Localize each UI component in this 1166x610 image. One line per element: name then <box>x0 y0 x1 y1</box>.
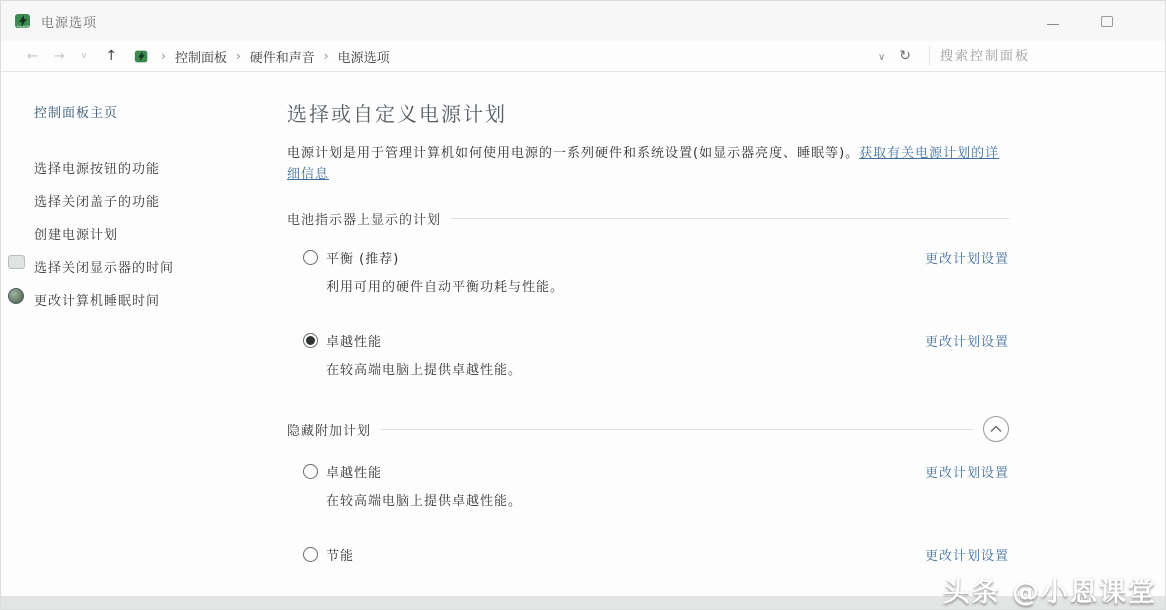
breadcrumb-power-options[interactable]: 电源选项 <box>336 45 392 68</box>
section-header-additional-plans: 隐藏附加计划 <box>287 416 1009 442</box>
plan-name-ultimate-performance-2[interactable]: 卓越性能 <box>326 462 522 481</box>
change-plan-settings-link-balanced[interactable]: 更改计划设置 <box>925 248 1009 267</box>
breadcrumb-separator <box>317 49 336 63</box>
sidebar-item-control-panel-home[interactable]: 控制面板主页 <box>1 98 273 125</box>
divider <box>929 46 930 66</box>
plan-name-balanced[interactable]: 平衡 (推荐) <box>326 248 564 267</box>
radio-power-saver[interactable] <box>303 547 318 562</box>
sidebar-task-group: 选择电源按钮的功能 选择关闭盖子的功能 创建电源计划 选择关闭显示器的时间 更改… <box>1 151 273 316</box>
radio-ultimate-performance[interactable] <box>303 333 318 348</box>
history-dropdown-icon[interactable]: ∨ <box>73 51 96 61</box>
sidebar-item-power-buttons[interactable]: 选择电源按钮的功能 <box>1 151 273 184</box>
plan-name-power-saver[interactable]: 节能 <box>326 545 354 564</box>
plan-row-power-saver: 节能 更改计划设置 <box>287 535 1009 568</box>
plan-row-ultimate-performance-2: 卓越性能 在较高端电脑上提供卓越性能。 更改计划设置 <box>287 452 1009 513</box>
change-plan-settings-link-ultimate[interactable]: 更改计划设置 <box>925 331 1009 350</box>
minimize-button[interactable] <box>1047 24 1059 25</box>
intro-text: 电源计划是用于管理计算机如何使用电源的一系列硬件和系统设置(如显示器亮度、睡眠等… <box>287 146 859 161</box>
maximize-button[interactable] <box>1101 16 1113 27</box>
sidebar-item-label: 选择关闭盖子的功能 <box>34 191 160 210</box>
radio-balanced[interactable] <box>303 250 318 265</box>
plan-text: 平衡 (推荐) 利用可用的硬件自动平衡功耗与性能。 <box>326 248 564 295</box>
window-controls <box>1047 16 1153 27</box>
title-bar: 电源选项 <box>1 1 1165 41</box>
change-plan-settings-link-ultimate-2[interactable]: 更改计划设置 <box>925 462 1009 481</box>
forward-icon[interactable]: → <box>46 49 73 64</box>
content-area: 控制面板主页 选择电源按钮的功能 选择关闭盖子的功能 创建电源计划 选择关闭显示… <box>1 72 1165 610</box>
plan-desc-ultimate-performance-2: 在较高端电脑上提供卓越性能。 <box>326 490 522 509</box>
sidebar-item-sleep-time[interactable]: 更改计算机睡眠时间 <box>1 283 273 316</box>
plan-text: 卓越性能 在较高端电脑上提供卓越性能。 <box>326 331 522 378</box>
breadcrumb-separator <box>229 49 248 63</box>
plan-text: 节能 <box>326 545 354 564</box>
sidebar: 控制面板主页 选择电源按钮的功能 选择关闭盖子的功能 创建电源计划 选择关闭显示… <box>1 72 273 610</box>
address-dropdown-icon[interactable] <box>872 49 891 64</box>
up-icon[interactable]: ↑ <box>95 48 127 64</box>
collapse-section-button[interactable] <box>983 416 1009 442</box>
sidebar-item-label: 更改计算机睡眠时间 <box>34 290 160 309</box>
plan-desc-ultimate-performance: 在较高端电脑上提供卓越性能。 <box>326 359 522 378</box>
intro-paragraph: 电源计划是用于管理计算机如何使用电源的一系列硬件和系统设置(如显示器亮度、睡眠等… <box>287 143 1009 185</box>
plan-name-ultimate-performance[interactable]: 卓越性能 <box>326 331 522 350</box>
sidebar-item-label: 选择电源按钮的功能 <box>34 158 160 177</box>
plan-text: 卓越性能 在较高端电脑上提供卓越性能。 <box>326 462 522 509</box>
sidebar-item-label: 选择关闭显示器的时间 <box>34 257 174 276</box>
plan-row-balanced: 平衡 (推荐) 利用可用的硬件自动平衡功耗与性能。 更改计划设置 <box>287 238 1009 299</box>
breadcrumb-hardware-sound[interactable]: 硬件和声音 <box>248 45 317 68</box>
breadcrumb-power-icon <box>133 49 150 64</box>
sleep-icon <box>8 288 24 304</box>
display-icon <box>8 255 25 269</box>
section-header-label: 电池指示器上显示的计划 <box>287 209 441 228</box>
plan-desc-balanced: 利用可用的硬件自动平衡功耗与性能。 <box>326 276 564 295</box>
back-icon[interactable]: ← <box>19 49 46 64</box>
power-options-icon <box>13 11 33 31</box>
sidebar-item-label: 创建电源计划 <box>34 224 118 243</box>
bottom-strip <box>1 596 1165 609</box>
sidebar-item-create-plan[interactable]: 创建电源计划 <box>1 217 273 250</box>
divider <box>381 429 973 430</box>
section-header-label: 隐藏附加计划 <box>287 420 371 439</box>
section-header-battery-plans: 电池指示器上显示的计划 <box>287 209 1009 228</box>
plan-row-ultimate-performance: 卓越性能 在较高端电脑上提供卓越性能。 更改计划设置 <box>287 321 1009 382</box>
sidebar-item-lid-close[interactable]: 选择关闭盖子的功能 <box>1 184 273 217</box>
page-title: 选择或自定义电源计划 <box>287 98 1009 127</box>
breadcrumb-control-panel[interactable]: 控制面板 <box>173 45 229 68</box>
change-plan-settings-link-power-saver[interactable]: 更改计划设置 <box>925 545 1009 564</box>
address-bar: ← → ∨ ↑ 控制面板 硬件和声音 电源选项 <box>1 41 1165 72</box>
divider <box>451 218 1009 219</box>
sidebar-item-display-off-time[interactable]: 选择关闭显示器的时间 <box>1 250 273 283</box>
window-title: 电源选项 <box>41 12 97 31</box>
navbar-right <box>872 46 1155 66</box>
chevron-up-icon <box>990 425 1002 433</box>
search-input[interactable] <box>940 49 1155 64</box>
power-options-window: 电源选项 ← → ∨ ↑ 控制面板 硬件和声音 电源选项 控制面板主 <box>0 0 1166 610</box>
breadcrumb-separator <box>154 49 173 63</box>
refresh-icon[interactable] <box>891 48 919 64</box>
main-panel: 选择或自定义电源计划 电源计划是用于管理计算机如何使用电源的一系列硬件和系统设置… <box>273 72 1165 610</box>
radio-ultimate-performance-2[interactable] <box>303 464 318 479</box>
